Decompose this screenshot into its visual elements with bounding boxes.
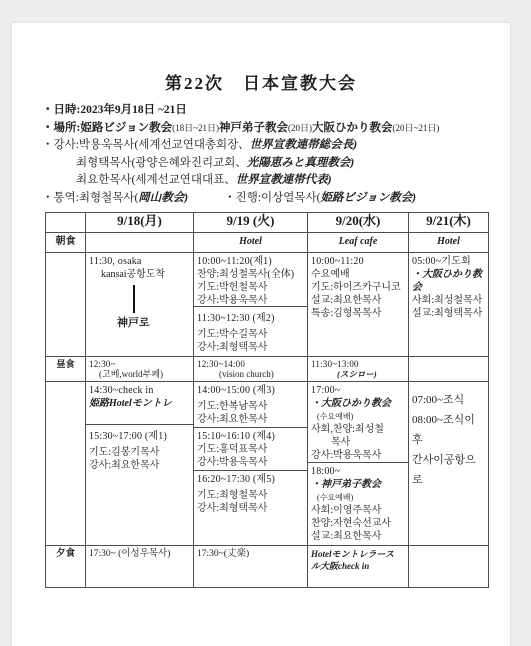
venue-wed: Leaf cafe xyxy=(308,233,409,253)
dinner-row: 夕食 17:30~ (이성우목사) 17:30~(丈楽) Hotelモントレラー… xyxy=(46,546,489,588)
tue-session-4-speaker: 강사:박용욱목사 xyxy=(197,456,304,469)
lunch-row: 昼食 12:30~ (고베,world부페) 12:30~14:00 (visi… xyxy=(46,357,489,382)
wed-lunch-time: 11:30~13:00 xyxy=(311,359,405,369)
info-datetime: ・日時:2023年9月18日 ~21日 xyxy=(42,102,510,120)
mon-checkin-hotel: 姫路Hotelモントレ xyxy=(89,397,190,410)
date-header-mon: 9/18(月) xyxy=(86,213,194,233)
mon-lunch-time: 12:30~ xyxy=(89,359,190,369)
wed-evening-service-2: 18:00~ ・神戸弟子教会 (수요예배) 사회:이영주목사 찬양:자현숙선교사… xyxy=(308,462,408,545)
cell-thu-morning: 05:00~기도회 ・大阪ひかり教会 사회:최성철목사 설교:최형택목사 xyxy=(409,253,489,357)
thu-to-airport: 간사이공항으로 xyxy=(412,450,485,490)
thu-prayer-church: ・大阪ひかり教会 xyxy=(412,268,485,294)
date-header-row: 9/18(月) 9/19 (火) 9/20(水) 9/21(木) xyxy=(46,213,489,233)
wed-service-2-note: (수요예배) xyxy=(317,491,405,504)
thu-prayer-time: 05:00~기도회 xyxy=(412,255,485,268)
tue-session-1-praise: 찬양:최성철목사(全体) xyxy=(197,268,304,281)
cell-thu-departure: 07:00~조식 08:00~조식이후 간사이공항으로 xyxy=(409,382,489,546)
wed-hotel-name: Hotelモントレラース xyxy=(311,548,405,560)
mon-session-1: 15:30~17:00 (제1) 기도:김봉기목사 강사:최요한목사 xyxy=(86,424,193,474)
tue-lunch-place: (vision church) xyxy=(219,369,304,379)
mon-session-1-time: 15:30~17:00 (제1) xyxy=(89,430,190,443)
info-speaker-3: 최요한목사(세계선교연대대표、世界宣教連帯代表) xyxy=(42,172,510,190)
place-2-dates: (20日) xyxy=(288,123,312,133)
thu-after-breakfast: 08:00~조식이후 xyxy=(412,410,485,450)
wed-service-2-church: ・神戸弟子教会 xyxy=(311,478,405,491)
mc-church-jp: 姫路ビジョン教会) xyxy=(320,192,416,204)
wed-service-time: 10:00~11:20 xyxy=(311,255,405,268)
tue-session-1: 10:00~11:20(제1) 찬양:최성철목사(全体) 기도:박헌철목사 강사… xyxy=(194,253,307,306)
mon-checkin-time: 14:30~check in xyxy=(89,384,190,397)
mc-name: ・진행:이상열목사( xyxy=(224,192,320,204)
page-title: 第22次 日本宣教大会 xyxy=(12,23,510,94)
date-header-tue: 9/19 (火) xyxy=(194,213,308,233)
wed-hotel-checkin: ル大阪check in xyxy=(311,560,405,572)
thu-prayer-mc: 사회:최성철목사 xyxy=(412,294,485,307)
wed-lunch-place: (スシロー) xyxy=(337,369,405,379)
place-3: 大阪ひかり教会 xyxy=(312,122,393,134)
tue-session-5-time: 16:20~17:30 (제5) xyxy=(197,473,304,486)
tue-lunch-time: 12:30~14:00 xyxy=(197,359,304,369)
tue-session-3-prayer: 기도:한복남목사 xyxy=(197,400,304,413)
scanned-page: 第22次 日本宣教大会 ・日時:2023年9月18日 ~21日 ・場所:姫路ビジ… xyxy=(12,23,510,646)
cell-wed-lunch: 11:30~13:00 (スシロー) xyxy=(308,357,409,382)
info-interpreter: ・통역:최형철목사(岡山教会) xyxy=(42,190,188,208)
mon-session-1-prayer: 기도:김봉기목사 xyxy=(89,446,190,459)
wed-service-1-mc: 사회,찬양:최성철 xyxy=(311,423,405,436)
mon-lunch-place: (고베,world부페) xyxy=(99,369,190,379)
wed-service-2-sermon: 설교:최요한목사 xyxy=(311,530,405,543)
meal-label-dinner: 夕食 xyxy=(46,546,86,588)
cell-wed-morning: 10:00~11:20 수요예배 기도:하이즈카구니코 설교:최요한목사 특송:… xyxy=(308,253,409,357)
tue-session-1-time: 10:00~11:20(제1) xyxy=(197,255,304,268)
meal-label-lunch: 昼食 xyxy=(46,357,86,382)
info-staff: ・통역:최형철목사(岡山教会) ・진행:이상열목사(姫路ビジョン教会) xyxy=(42,190,510,208)
cell-mon-morning: 11:30, osaka kansai공항도착 神戸로 xyxy=(86,253,194,357)
date-header-wed: 9/20(水) xyxy=(308,213,409,233)
interpreter-church-jp: 岡山教会) xyxy=(138,192,188,204)
place-1-dates: (18日~21日) xyxy=(172,123,219,133)
venue-thu: Hotel xyxy=(409,233,489,253)
thu-breakfast-time: 07:00~조식 xyxy=(412,390,485,410)
wed-service-sermon: 설교:최요한목사 xyxy=(311,294,405,307)
meal-label-breakfast: 朝食 xyxy=(46,233,86,253)
wed-service-2-time: 18:00~ xyxy=(311,465,405,478)
venue-mon-empty xyxy=(86,233,194,253)
tue-session-4: 15:10~16:10 (제4) 기도:홍덕표목사 강사:박용욱목사 xyxy=(194,427,307,470)
afternoon-row: 14:30~check in 姫路Hotelモントレ 15:30~17:00 (… xyxy=(46,382,489,546)
info-block: ・日時:2023年9月18日 ~21日 ・場所:姫路ビジョン教会(18日~21日… xyxy=(42,102,510,207)
speaker-1-title-jp: 世界宣教連帯総会長) xyxy=(250,139,357,151)
breakfast-venue-row: 朝食 Hotel Leaf cafe Hotel xyxy=(46,233,489,253)
wed-service-2-mc: 사회:이영주목사 xyxy=(311,504,405,517)
document-scan: { "doc": { "title": "第22次 日本宣教大会", "info… xyxy=(0,0,531,646)
tue-session-3-speaker: 강사:최요한목사 xyxy=(197,413,304,426)
tue-session-2-prayer: 기도:박수길목사 xyxy=(197,328,304,341)
thu-prayer-sermon: 설교:최형택목사 xyxy=(412,307,485,320)
wed-service-name: 수요예배 xyxy=(311,268,405,281)
cell-tue-morning: 10:00~11:20(제1) 찬양:최성철목사(全体) 기도:박헌철목사 강사… xyxy=(194,253,308,357)
place-1: 姫路ビジョン教会 xyxy=(80,122,172,134)
speaker-3-name: 최요한목사(세계선교연대대표、 xyxy=(76,174,236,186)
wed-service-1-church: ・大阪ひかり教会 xyxy=(311,397,405,410)
tue-session-5: 16:20~17:30 (제5) 기도:최형철목사 강사:최형택목사 xyxy=(194,470,307,517)
tue-session-5-speaker: 강사:최형택목사 xyxy=(197,502,304,515)
route-line xyxy=(133,285,135,313)
mon-arrival-airport: kansai공항도착 xyxy=(101,268,190,281)
cell-tue-lunch: 12:30~14:00 (vision church) xyxy=(194,357,308,382)
cell-thu-lunch-empty xyxy=(409,357,489,382)
wed-service-special-song: 특송:김형목목사 xyxy=(311,307,405,320)
tue-session-1-prayer: 기도:박헌철목사 xyxy=(197,281,304,294)
tue-session-2-speaker: 강사:최형택목사 xyxy=(197,341,304,354)
info-mc: ・진행:이상열목사(姫路ビジョン教会) xyxy=(224,190,416,208)
mon-destination: 神戸로 xyxy=(117,317,190,330)
venue-tue: Hotel xyxy=(194,233,308,253)
speaker-2-name: 최형택목사(광양은혜와진리교회、 xyxy=(76,157,247,169)
tue-session-4-prayer: 기도:홍덕표목사 xyxy=(197,443,304,456)
tue-session-5-prayer: 기도:최형철목사 xyxy=(197,489,304,502)
place-2: 神戸弟子教会 xyxy=(219,122,288,134)
wed-service-1-note: (수요예배) xyxy=(317,410,405,423)
schedule-table: 9/18(月) 9/19 (火) 9/20(水) 9/21(木) 朝食 Hote… xyxy=(45,212,489,588)
tue-session-2: 11:30~12:30 (제2) 기도:박수길목사 강사:최형택목사 xyxy=(194,306,307,356)
info-speaker-2: 최형택목사(광양은혜와진리교회、光陽恵みと真理教会) xyxy=(42,155,510,173)
wed-service-1-mc-wrap: 목사 xyxy=(331,436,405,449)
place-3-dates: (20日~21日) xyxy=(393,123,440,133)
cell-mon-lunch: 12:30~ (고베,world부페) xyxy=(86,357,194,382)
speaker-2-title-jp: 光陽恵みと真理教会) xyxy=(247,157,354,169)
wed-service-1-time: 17:00~ xyxy=(311,384,405,397)
speaker-3-title-jp: 世界宣教連帯代表) xyxy=(236,174,332,186)
info-place: ・場所:姫路ビジョン教会(18日~21日)神戸弟子教会(20日)大阪ひかり教会(… xyxy=(42,120,510,138)
wed-service-1-speaker: 강사:박용욱목사 xyxy=(311,449,405,462)
interpreter-name: ・통역:최형철목사( xyxy=(42,192,138,204)
morning-row: 11:30, osaka kansai공항도착 神戸로 10:00~11:20(… xyxy=(46,253,489,357)
cell-tue-dinner: 17:30~(丈楽) xyxy=(194,546,308,588)
place-label: ・場所: xyxy=(42,122,80,134)
wed-service-2-praise: 찬양:자현숙선교사 xyxy=(311,517,405,530)
corner-cell xyxy=(46,213,86,233)
afternoon-label-empty xyxy=(46,382,86,546)
cell-wed-afternoon: 17:00~ ・大阪ひかり教会 (수요예배) 사회,찬양:최성철 목사 강사:박… xyxy=(308,382,409,546)
cell-tue-afternoon: 14:00~15:00 (제3) 기도:한복남목사 강사:최요한목사 15:10… xyxy=(194,382,308,546)
tue-session-4-time: 15:10~16:10 (제4) xyxy=(197,430,304,443)
speaker-1-name: ・강사:박용욱목사(세계선교연대총회장、 xyxy=(42,139,250,151)
cell-wed-dinner: Hotelモントレラース ル大阪check in xyxy=(308,546,409,588)
mon-arrival-time: 11:30, osaka xyxy=(89,255,190,268)
info-speaker-1: ・강사:박용욱목사(세계선교연대총회장、世界宣教連帯総会長) xyxy=(42,137,510,155)
date-header-thu: 9/21(木) xyxy=(409,213,489,233)
cell-thu-dinner-empty xyxy=(409,546,489,588)
cell-mon-dinner: 17:30~ (이성우목사) xyxy=(86,546,194,588)
tue-session-3: 14:00~15:00 (제3) 기도:한복남목사 강사:최요한목사 xyxy=(194,382,307,427)
tue-session-3-time: 14:00~15:00 (제3) xyxy=(197,384,304,397)
cell-mon-afternoon: 14:30~check in 姫路Hotelモントレ 15:30~17:00 (… xyxy=(86,382,194,546)
morning-label-empty xyxy=(46,253,86,357)
wed-evening-service-1: 17:00~ ・大阪ひかり教会 (수요예배) 사회,찬양:최성철 목사 강사:박… xyxy=(308,382,408,462)
tue-session-2-time: 11:30~12:30 (제2) xyxy=(197,312,304,325)
wed-service-prayer: 기도:하이즈카구니코 xyxy=(311,281,405,294)
mon-session-1-speaker: 강사:최요한목사 xyxy=(89,459,190,472)
mon-checkin: 14:30~check in 姫路Hotelモントレ xyxy=(86,382,193,424)
